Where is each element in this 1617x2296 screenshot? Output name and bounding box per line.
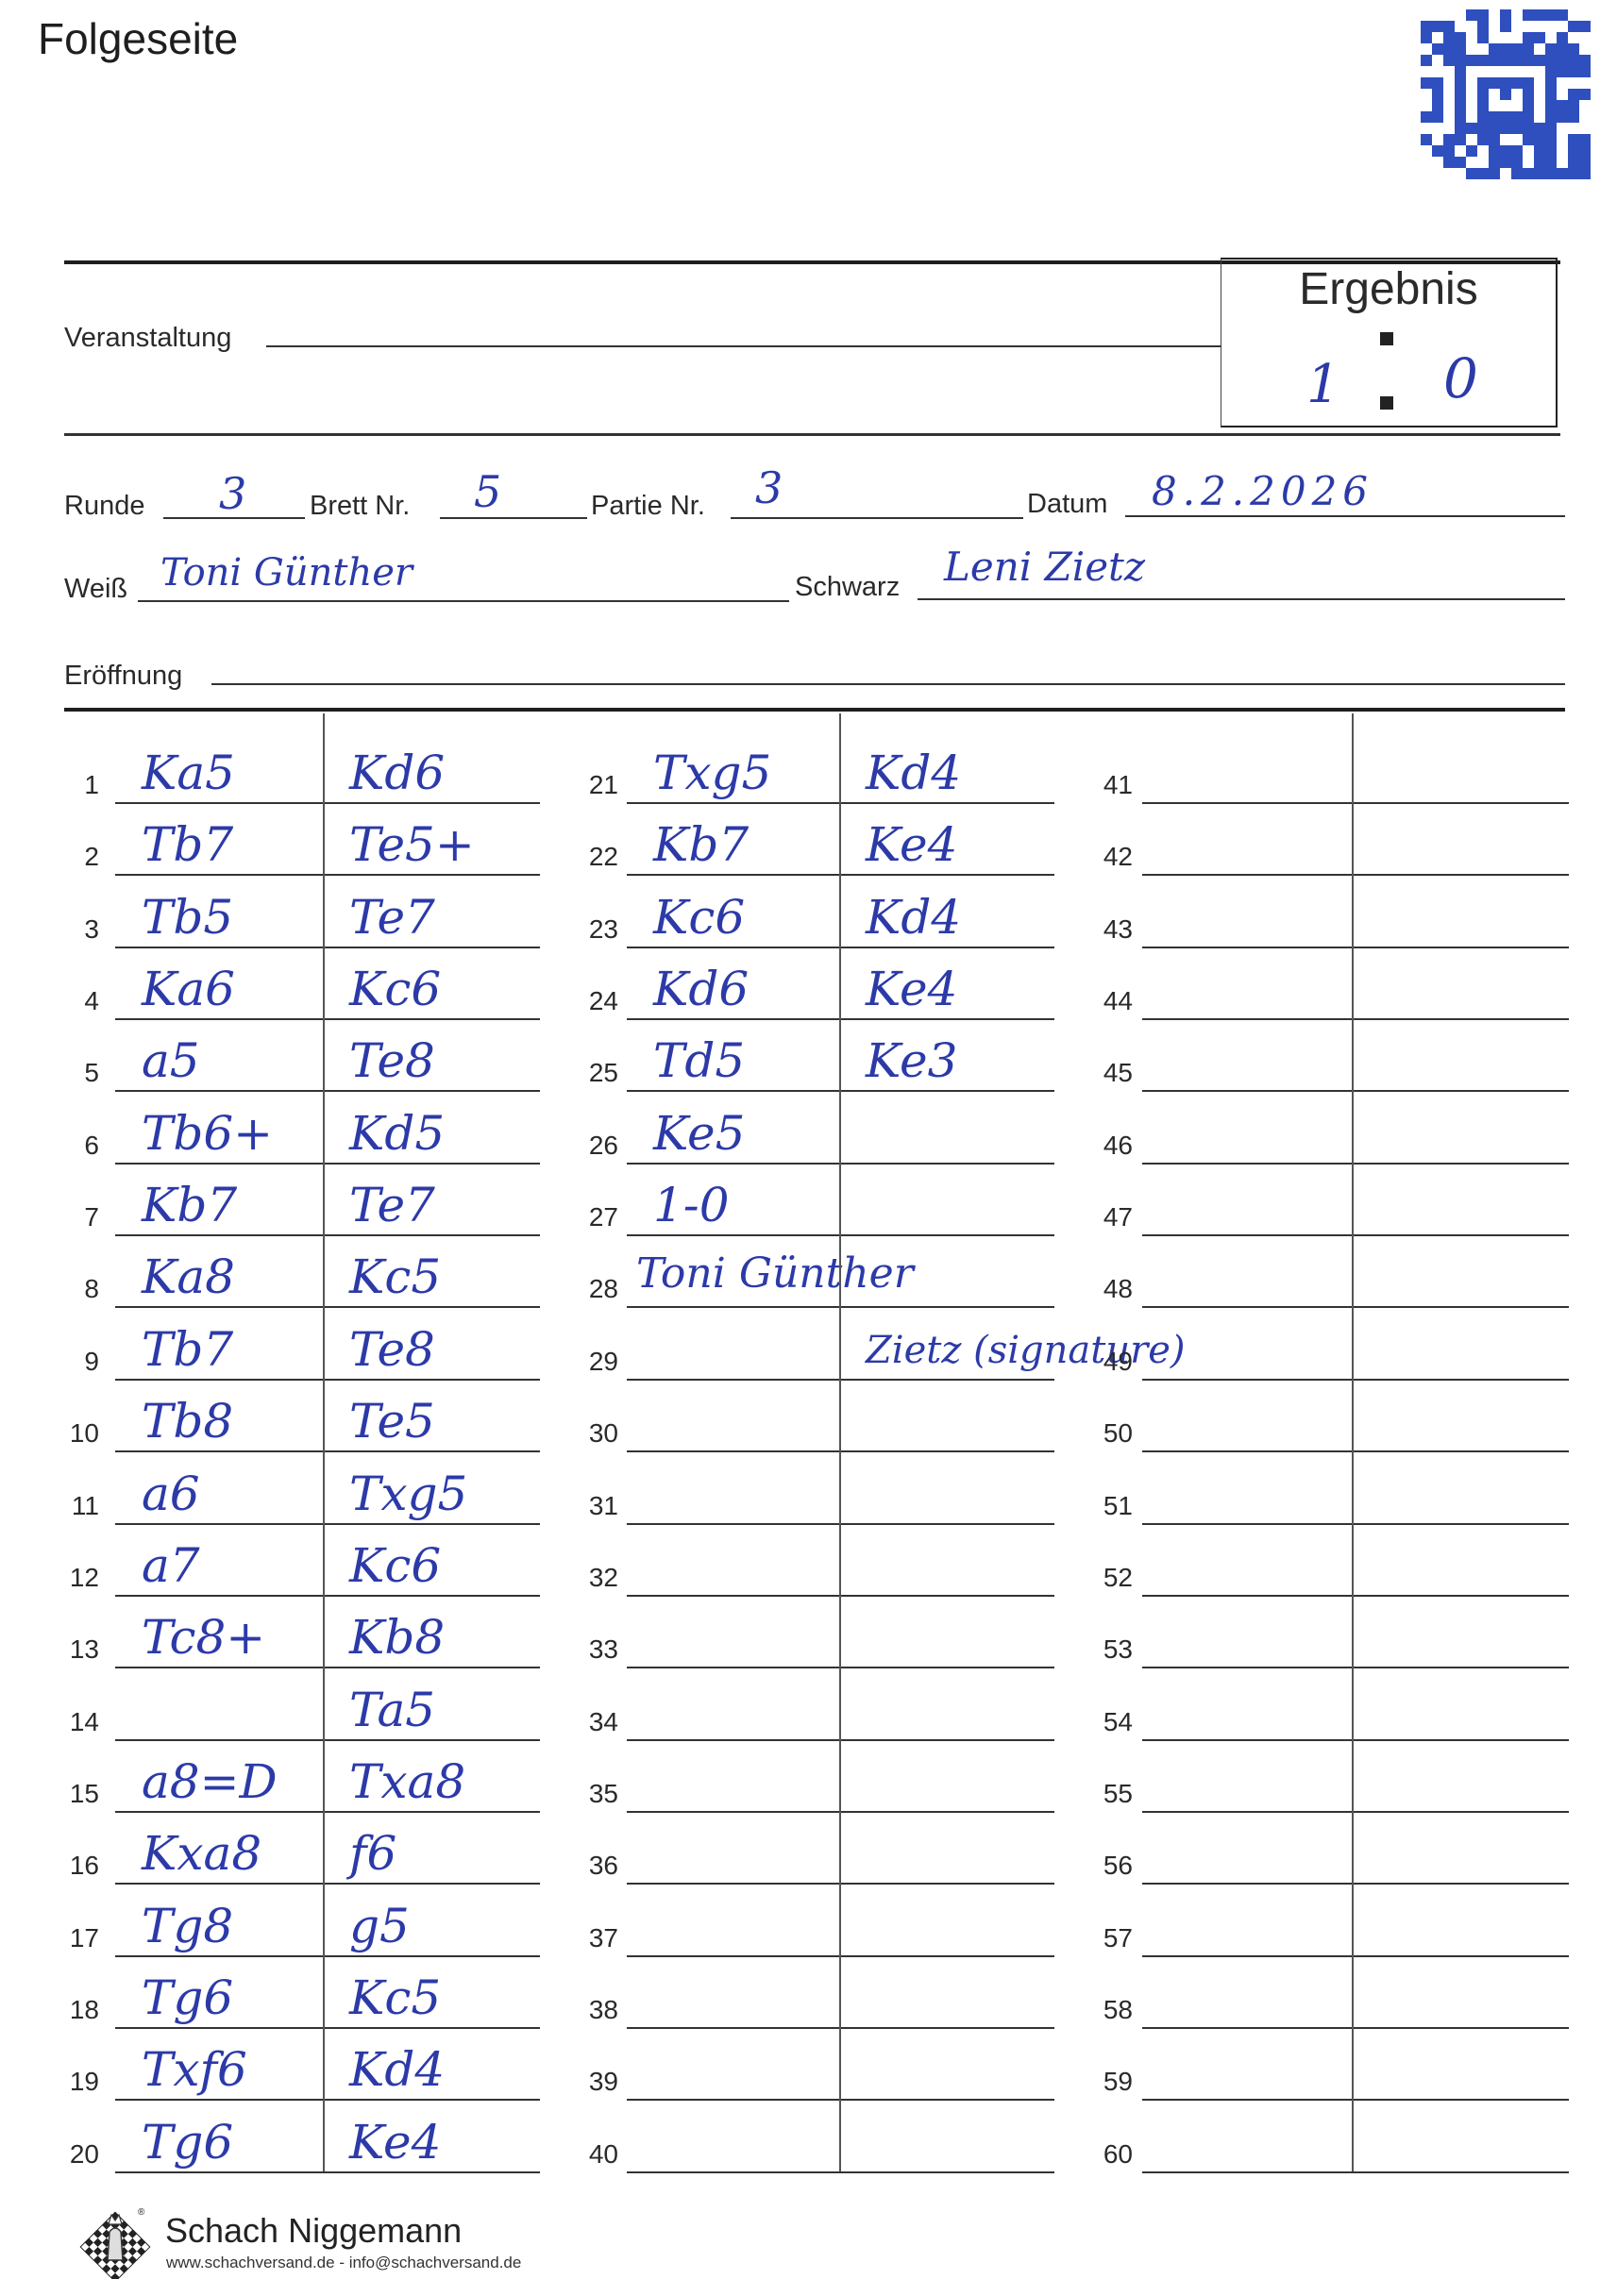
black-move-cell[interactable]: Ke4 xyxy=(866,965,957,1013)
move-number: 58 xyxy=(1086,1995,1133,2025)
move-number: 38 xyxy=(571,1995,618,2025)
move-number: 14 xyxy=(52,1707,99,1737)
black-move-cell[interactable]: Kc5 xyxy=(349,1253,441,1300)
move-line xyxy=(1142,802,1569,804)
white-move-cell[interactable]: Txg5 xyxy=(653,749,771,796)
move-line xyxy=(627,2171,1054,2173)
move-line xyxy=(115,1018,540,1020)
move-number: 17 xyxy=(52,1923,99,1953)
move-number: 50 xyxy=(1086,1418,1133,1449)
chess-king-logo-icon: ® xyxy=(77,2204,153,2279)
moves-top-rule xyxy=(64,708,1565,712)
move-number: 6 xyxy=(52,1131,99,1161)
black-move-cell[interactable]: Kd6 xyxy=(349,749,445,796)
black-move-cell[interactable]: Kc5 xyxy=(349,1974,441,2021)
black-move-cell[interactable]: Kc6 xyxy=(349,1542,441,1589)
black-move-cell[interactable]: Ke4 xyxy=(349,2119,441,2166)
move-line xyxy=(627,947,1054,948)
move-number: 18 xyxy=(52,1995,99,2025)
game-label: Partie Nr. xyxy=(591,491,705,522)
game-field[interactable] xyxy=(731,517,1023,519)
black-move-cell[interactable]: Zietz (signature) xyxy=(866,1332,1186,1369)
white-move-cell[interactable]: Kxa8 xyxy=(142,1830,261,1877)
move-number: 51 xyxy=(1086,1491,1133,1521)
move-number: 59 xyxy=(1086,2067,1133,2097)
white-field[interactable] xyxy=(138,600,789,602)
move-line xyxy=(627,1739,1054,1741)
move-number: 15 xyxy=(52,1779,99,1809)
move-line xyxy=(1142,1379,1569,1381)
black-move-cell[interactable]: Te5+ xyxy=(349,821,475,868)
move-line xyxy=(115,1523,540,1525)
header-mid-rule xyxy=(64,433,1560,436)
move-number: 19 xyxy=(52,2067,99,2097)
white-move-cell[interactable]: a8=D xyxy=(142,1758,278,1805)
black-label: Schwarz xyxy=(795,572,900,603)
move-line xyxy=(115,874,540,876)
move-number: 12 xyxy=(52,1563,99,1593)
move-number: 2 xyxy=(52,842,99,872)
move-number: 32 xyxy=(571,1563,618,1593)
move-number: 60 xyxy=(1086,2139,1133,2170)
white-move-cell[interactable]: Kb7 xyxy=(653,821,749,868)
move-number: 26 xyxy=(571,1131,618,1161)
move-number: 55 xyxy=(1086,1779,1133,1809)
svg-text:®: ® xyxy=(138,2207,145,2218)
move-line xyxy=(627,802,1054,804)
move-number: 40 xyxy=(571,2139,618,2170)
move-number: 41 xyxy=(1086,770,1133,800)
move-line xyxy=(115,947,540,948)
move-number: 4 xyxy=(52,986,99,1016)
white-move-cell[interactable]: Ka6 xyxy=(142,965,235,1013)
move-column-divider xyxy=(1352,713,1354,2171)
move-number: 20 xyxy=(52,2139,99,2170)
black-player-value: Leni Zietz xyxy=(944,544,1145,590)
move-line xyxy=(1142,1883,1569,1885)
board-field[interactable] xyxy=(440,517,587,519)
move-line xyxy=(1142,1523,1569,1525)
move-number: 42 xyxy=(1086,842,1133,872)
move-line xyxy=(1142,1234,1569,1236)
move-number: 53 xyxy=(1086,1634,1133,1665)
move-number: 1 xyxy=(52,770,99,800)
move-number: 23 xyxy=(571,914,618,945)
move-number: 8 xyxy=(52,1274,99,1304)
black-move-cell[interactable]: Te8 xyxy=(349,1037,435,1084)
move-line xyxy=(115,1306,540,1308)
black-move-cell[interactable]: Kd4 xyxy=(866,894,961,941)
move-line xyxy=(115,2171,540,2173)
move-number: 35 xyxy=(571,1779,618,1809)
move-number: 48 xyxy=(1086,1274,1133,1304)
black-move-cell[interactable]: Kb8 xyxy=(349,1614,445,1661)
move-number: 45 xyxy=(1086,1058,1133,1088)
page-title: Folgeseite xyxy=(38,13,238,64)
white-move-cell[interactable]: a7 xyxy=(142,1542,200,1589)
date-value: 8.2.2026 xyxy=(1152,468,1373,514)
board-label: Brett Nr. xyxy=(310,491,410,522)
white-move-cell[interactable]: Tg6 xyxy=(142,1974,233,2021)
move-line xyxy=(115,1883,540,1885)
white-move-cell[interactable]: Toni Günther xyxy=(636,1253,914,1295)
white-move-cell[interactable]: a5 xyxy=(142,1037,200,1084)
white-move-cell[interactable]: Kc6 xyxy=(653,894,745,941)
board-value: 5 xyxy=(474,466,501,517)
white-move-cell[interactable]: Td5 xyxy=(653,1037,745,1084)
black-move-cell[interactable]: Te7 xyxy=(349,894,435,941)
move-line xyxy=(115,1163,540,1165)
black-move-cell[interactable]: Kc6 xyxy=(349,965,441,1013)
move-line xyxy=(115,1667,540,1668)
footer-contact: www.schachversand.de - info@schachversan… xyxy=(166,2254,521,2272)
white-move-cell[interactable]: Tb8 xyxy=(142,1398,233,1445)
move-line xyxy=(115,2027,540,2029)
white-move-cell[interactable]: Ke5 xyxy=(653,1110,745,1157)
move-number: 44 xyxy=(1086,986,1133,1016)
move-line xyxy=(115,1595,540,1597)
date-label: Datum xyxy=(1027,489,1107,520)
white-move-cell[interactable]: Tb7 xyxy=(142,821,233,868)
move-number: 30 xyxy=(571,1418,618,1449)
move-number: 57 xyxy=(1086,1923,1133,1953)
move-line xyxy=(627,1450,1054,1452)
white-move-cell[interactable]: Tg6 xyxy=(142,2119,233,2166)
white-move-cell[interactable]: Tb6+ xyxy=(142,1110,273,1157)
move-line xyxy=(1142,1018,1569,1020)
move-line xyxy=(627,1595,1054,1597)
opening-field[interactable] xyxy=(211,683,1565,685)
result-white: 1 xyxy=(1306,354,1340,415)
move-number: 39 xyxy=(571,2067,618,2097)
move-line xyxy=(115,2099,540,2101)
black-move-cell[interactable]: Kd4 xyxy=(866,749,961,796)
round-label: Runde xyxy=(64,491,144,522)
black-move-cell[interactable]: Txg5 xyxy=(349,1470,467,1517)
event-label: Veranstaltung xyxy=(64,323,231,354)
move-number: 9 xyxy=(52,1347,99,1377)
move-number: 11 xyxy=(52,1491,99,1521)
move-line xyxy=(627,1234,1054,1236)
move-line xyxy=(115,802,540,804)
date-field[interactable] xyxy=(1125,515,1565,517)
result-box[interactable]: Ergebnis 1 0 xyxy=(1221,258,1558,427)
move-number: 22 xyxy=(571,842,618,872)
white-move-cell[interactable]: 1-0 xyxy=(653,1182,730,1229)
move-line xyxy=(1142,1450,1569,1452)
opening-label: Eröffnung xyxy=(64,661,182,692)
move-line xyxy=(627,1306,1054,1308)
result-label: Ergebnis xyxy=(1221,263,1556,315)
white-move-cell[interactable]: Txf6 xyxy=(142,2046,247,2093)
move-line xyxy=(627,2027,1054,2029)
move-number: 52 xyxy=(1086,1563,1133,1593)
move-line xyxy=(627,1883,1054,1885)
move-number: 37 xyxy=(571,1923,618,1953)
move-number: 27 xyxy=(571,1202,618,1232)
white-move-cell[interactable]: Ka8 xyxy=(142,1253,235,1300)
move-line xyxy=(627,1090,1054,1092)
black-move-cell[interactable]: Ta5 xyxy=(349,1686,435,1734)
black-move-cell[interactable]: Kd5 xyxy=(349,1110,445,1157)
move-line xyxy=(627,1379,1054,1381)
move-number: 21 xyxy=(571,770,618,800)
move-line xyxy=(627,1955,1054,1957)
aztec-code-icon xyxy=(1421,9,1591,179)
move-number: 54 xyxy=(1086,1707,1133,1737)
move-line xyxy=(627,1163,1054,1165)
black-move-cell[interactable]: Te8 xyxy=(349,1326,435,1373)
white-move-cell[interactable]: a6 xyxy=(142,1470,200,1517)
move-line xyxy=(115,1450,540,1452)
black-move-cell[interactable]: Kd4 xyxy=(349,2046,445,2093)
move-line xyxy=(1142,1667,1569,1668)
move-line xyxy=(115,1739,540,1741)
move-number: 31 xyxy=(571,1491,618,1521)
move-line xyxy=(627,1523,1054,1525)
move-line xyxy=(627,1018,1054,1020)
black-move-cell[interactable]: Ke4 xyxy=(866,821,957,868)
move-line xyxy=(115,1955,540,1957)
move-line xyxy=(1142,874,1569,876)
black-move-cell[interactable]: Ke3 xyxy=(866,1037,957,1084)
move-number: 16 xyxy=(52,1851,99,1881)
move-number: 36 xyxy=(571,1851,618,1881)
move-line xyxy=(1142,1811,1569,1813)
move-line xyxy=(1142,1090,1569,1092)
move-line xyxy=(115,1234,540,1236)
footer-brand: Schach Niggemann xyxy=(165,2211,462,2251)
result-separator-bottom xyxy=(1380,396,1393,410)
move-column-divider xyxy=(839,713,841,2171)
move-number: 29 xyxy=(571,1347,618,1377)
move-number: 25 xyxy=(571,1058,618,1088)
move-line xyxy=(1142,1595,1569,1597)
move-line xyxy=(115,1811,540,1813)
result-separator-top xyxy=(1380,332,1393,345)
move-number: 56 xyxy=(1086,1851,1133,1881)
move-line xyxy=(627,1667,1054,1668)
black-move-cell[interactable]: g5 xyxy=(349,1902,410,1950)
move-line xyxy=(627,1811,1054,1813)
white-move-cell[interactable]: Tg8 xyxy=(142,1902,233,1950)
white-move-cell[interactable]: Kd6 xyxy=(653,965,749,1013)
black-move-cell[interactable]: Te7 xyxy=(349,1182,435,1229)
move-number: 28 xyxy=(571,1274,618,1304)
move-number: 34 xyxy=(571,1707,618,1737)
white-player-value: Toni Günther xyxy=(160,551,413,595)
white-move-cell[interactable]: Tb5 xyxy=(142,894,233,941)
game-value: 3 xyxy=(755,462,783,513)
move-number: 24 xyxy=(571,986,618,1016)
move-number: 5 xyxy=(52,1058,99,1088)
move-number: 33 xyxy=(571,1634,618,1665)
move-line xyxy=(1142,947,1569,948)
white-label: Weiß xyxy=(64,574,127,605)
move-line xyxy=(1142,1163,1569,1165)
round-value: 3 xyxy=(219,468,246,519)
move-line xyxy=(627,2099,1054,2101)
move-line xyxy=(115,1379,540,1381)
move-column-divider xyxy=(323,713,325,2171)
move-number: 43 xyxy=(1086,914,1133,945)
white-move-cell[interactable]: Tc8+ xyxy=(142,1614,265,1661)
move-number: 49 xyxy=(1086,1347,1133,1377)
result-black: 0 xyxy=(1443,346,1478,411)
move-line xyxy=(627,874,1054,876)
move-number: 46 xyxy=(1086,1131,1133,1161)
white-move-cell[interactable]: Kb7 xyxy=(142,1182,237,1229)
move-number: 13 xyxy=(52,1634,99,1665)
event-field[interactable] xyxy=(266,345,1221,347)
black-move-cell[interactable]: Txa8 xyxy=(349,1758,465,1805)
move-line xyxy=(1142,1306,1569,1308)
black-move-cell[interactable]: f6 xyxy=(349,1830,396,1877)
black-move-cell[interactable]: Te5 xyxy=(349,1398,435,1445)
black-field[interactable] xyxy=(918,598,1565,600)
move-line xyxy=(1142,1955,1569,1957)
move-number: 3 xyxy=(52,914,99,945)
move-line xyxy=(115,1090,540,1092)
white-move-cell[interactable]: Tb7 xyxy=(142,1326,233,1373)
move-number: 10 xyxy=(52,1418,99,1449)
move-line xyxy=(1142,2171,1569,2173)
move-line xyxy=(1142,1739,1569,1741)
move-number: 7 xyxy=(52,1202,99,1232)
move-line xyxy=(1142,2099,1569,2101)
white-move-cell[interactable]: Ka5 xyxy=(142,749,235,796)
move-line xyxy=(1142,2027,1569,2029)
move-number: 47 xyxy=(1086,1202,1133,1232)
